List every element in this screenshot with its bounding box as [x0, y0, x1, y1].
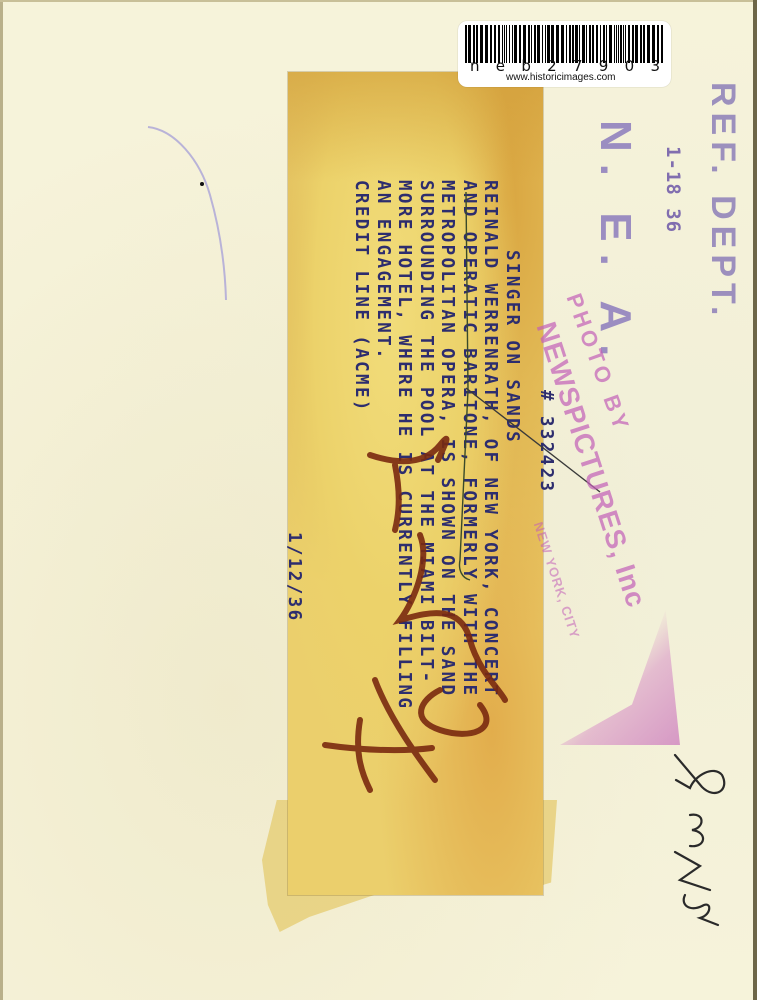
catalog-number-handwriting — [0, 0, 757, 1000]
